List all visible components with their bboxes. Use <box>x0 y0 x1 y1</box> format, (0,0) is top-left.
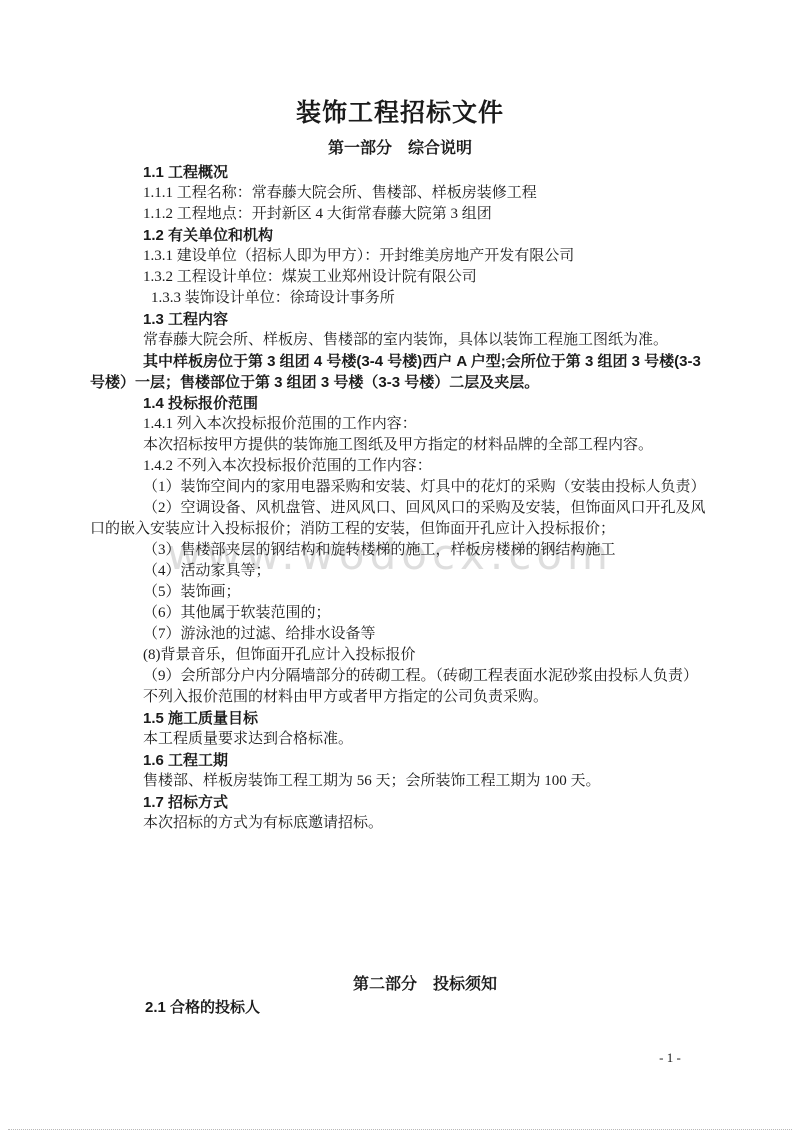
document-page: www.wodocx.com 装饰工程招标文件 第一部分 综合说明 1.1 工程… <box>0 0 800 1132</box>
doc-line: （7）游泳池的过滤、给排水设备等 <box>90 624 722 645</box>
doc-line: 1.4 投标报价范围 <box>90 393 722 414</box>
doc-line: 1.7 招标方式 <box>90 792 722 813</box>
doc-line: 1.2 有关单位和机构 <box>90 225 722 246</box>
doc-line: 1.1.2 工程地点：开封新区 4 大街常春藤大院第 3 组团 <box>90 204 722 225</box>
doc-line: （2）空调设备、风机盘管、进风风口、回风风口的采购及安装，但饰面风口开孔及风 <box>90 498 722 519</box>
doc-line: 1.4.1 列入本次投标报价范围的工作内容： <box>90 414 722 435</box>
doc-line: 1.1 工程概况 <box>90 162 722 183</box>
doc-line: 1.4.2 不列入本次投标报价范围的工作内容： <box>90 456 722 477</box>
part1-heading: 第一部分 综合说明 <box>0 139 800 159</box>
doc-line: 本次招标按甲方提供的装饰施工图纸及甲方指定的材料品牌的全部工程内容。 <box>90 435 722 456</box>
page-number: - 1 - <box>640 1050 700 1066</box>
doc-line: 常春藤大院会所、样板房、售楼部的室内装饰，具体以装饰工程施工图纸为准。 <box>90 330 722 351</box>
doc-line: （1）装饰空间内的家用电器采购和安装、灯具中的花灯的采购（安装由投标人负责） <box>90 477 722 498</box>
doc-line: （6）其他属于软装范围的； <box>90 603 722 624</box>
doc-line: 其中样板房位于第 3 组团 4 号楼(3-4 号楼)西户 A 户型;会所位于第 … <box>90 351 722 372</box>
doc-line: (8)背景音乐，但饰面开孔应计入投标报价 <box>90 645 722 666</box>
part2-heading: 第二部分 投标须知 <box>353 974 497 996</box>
part1-body: 1.1 工程概况1.1.1 工程名称：常春藤大院会所、售楼部、样板房装修工程1.… <box>90 162 722 834</box>
doc-line: （3）售楼部夹层的钢结构和旋转楼梯的施工，样板房楼梯的钢结构施工 <box>90 540 722 561</box>
part2-section-heading: 2.1 合格的投标人 <box>145 997 260 1018</box>
doc-line: 本工程质量要求达到合格标准。 <box>90 729 722 750</box>
doc-line: 1.1.1 工程名称：常春藤大院会所、售楼部、样板房装修工程 <box>90 183 722 204</box>
doc-line: 口的嵌入安装应计入投标报价；消防工程的安装，但饰面开孔应计入投标报价； <box>90 519 722 540</box>
doc-line: 本次招标的方式为有标底邀请招标。 <box>90 813 722 834</box>
doc-line: 1.3.3 装饰设计单位：徐琦设计事务所 <box>90 288 722 309</box>
doc-line: 售楼部、样板房装饰工程工期为 56 天；会所装饰工程工期为 100 天。 <box>90 771 722 792</box>
doc-line: 1.3 工程内容 <box>90 309 722 330</box>
doc-line: 1.5 施工质量目标 <box>90 708 722 729</box>
doc-line: （5）装饰画； <box>90 582 722 603</box>
doc-line: 1.3.1 建设单位（招标人即为甲方）：开封维美房地产开发有限公司 <box>90 246 722 267</box>
page-bottom-divider <box>8 1129 792 1130</box>
doc-line: 不列入报价范围的材料由甲方或者甲方指定的公司负责采购。 <box>90 687 722 708</box>
doc-line: （9）会所部分户内分隔墙部分的砖砌工程。（砖砌工程表面水泥砂浆由投标人负责） <box>90 666 722 687</box>
document-title: 装饰工程招标文件 <box>0 96 800 130</box>
doc-line: 1.3.2 工程设计单位：煤炭工业郑州设计院有限公司 <box>90 267 722 288</box>
doc-line: 1.6 工程工期 <box>90 750 722 771</box>
doc-line: （4）活动家具等； <box>90 561 722 582</box>
doc-line: 号楼）一层；售楼部位于第 3 组团 3 号楼（3-3 号楼）二层及夹层。 <box>90 372 722 393</box>
